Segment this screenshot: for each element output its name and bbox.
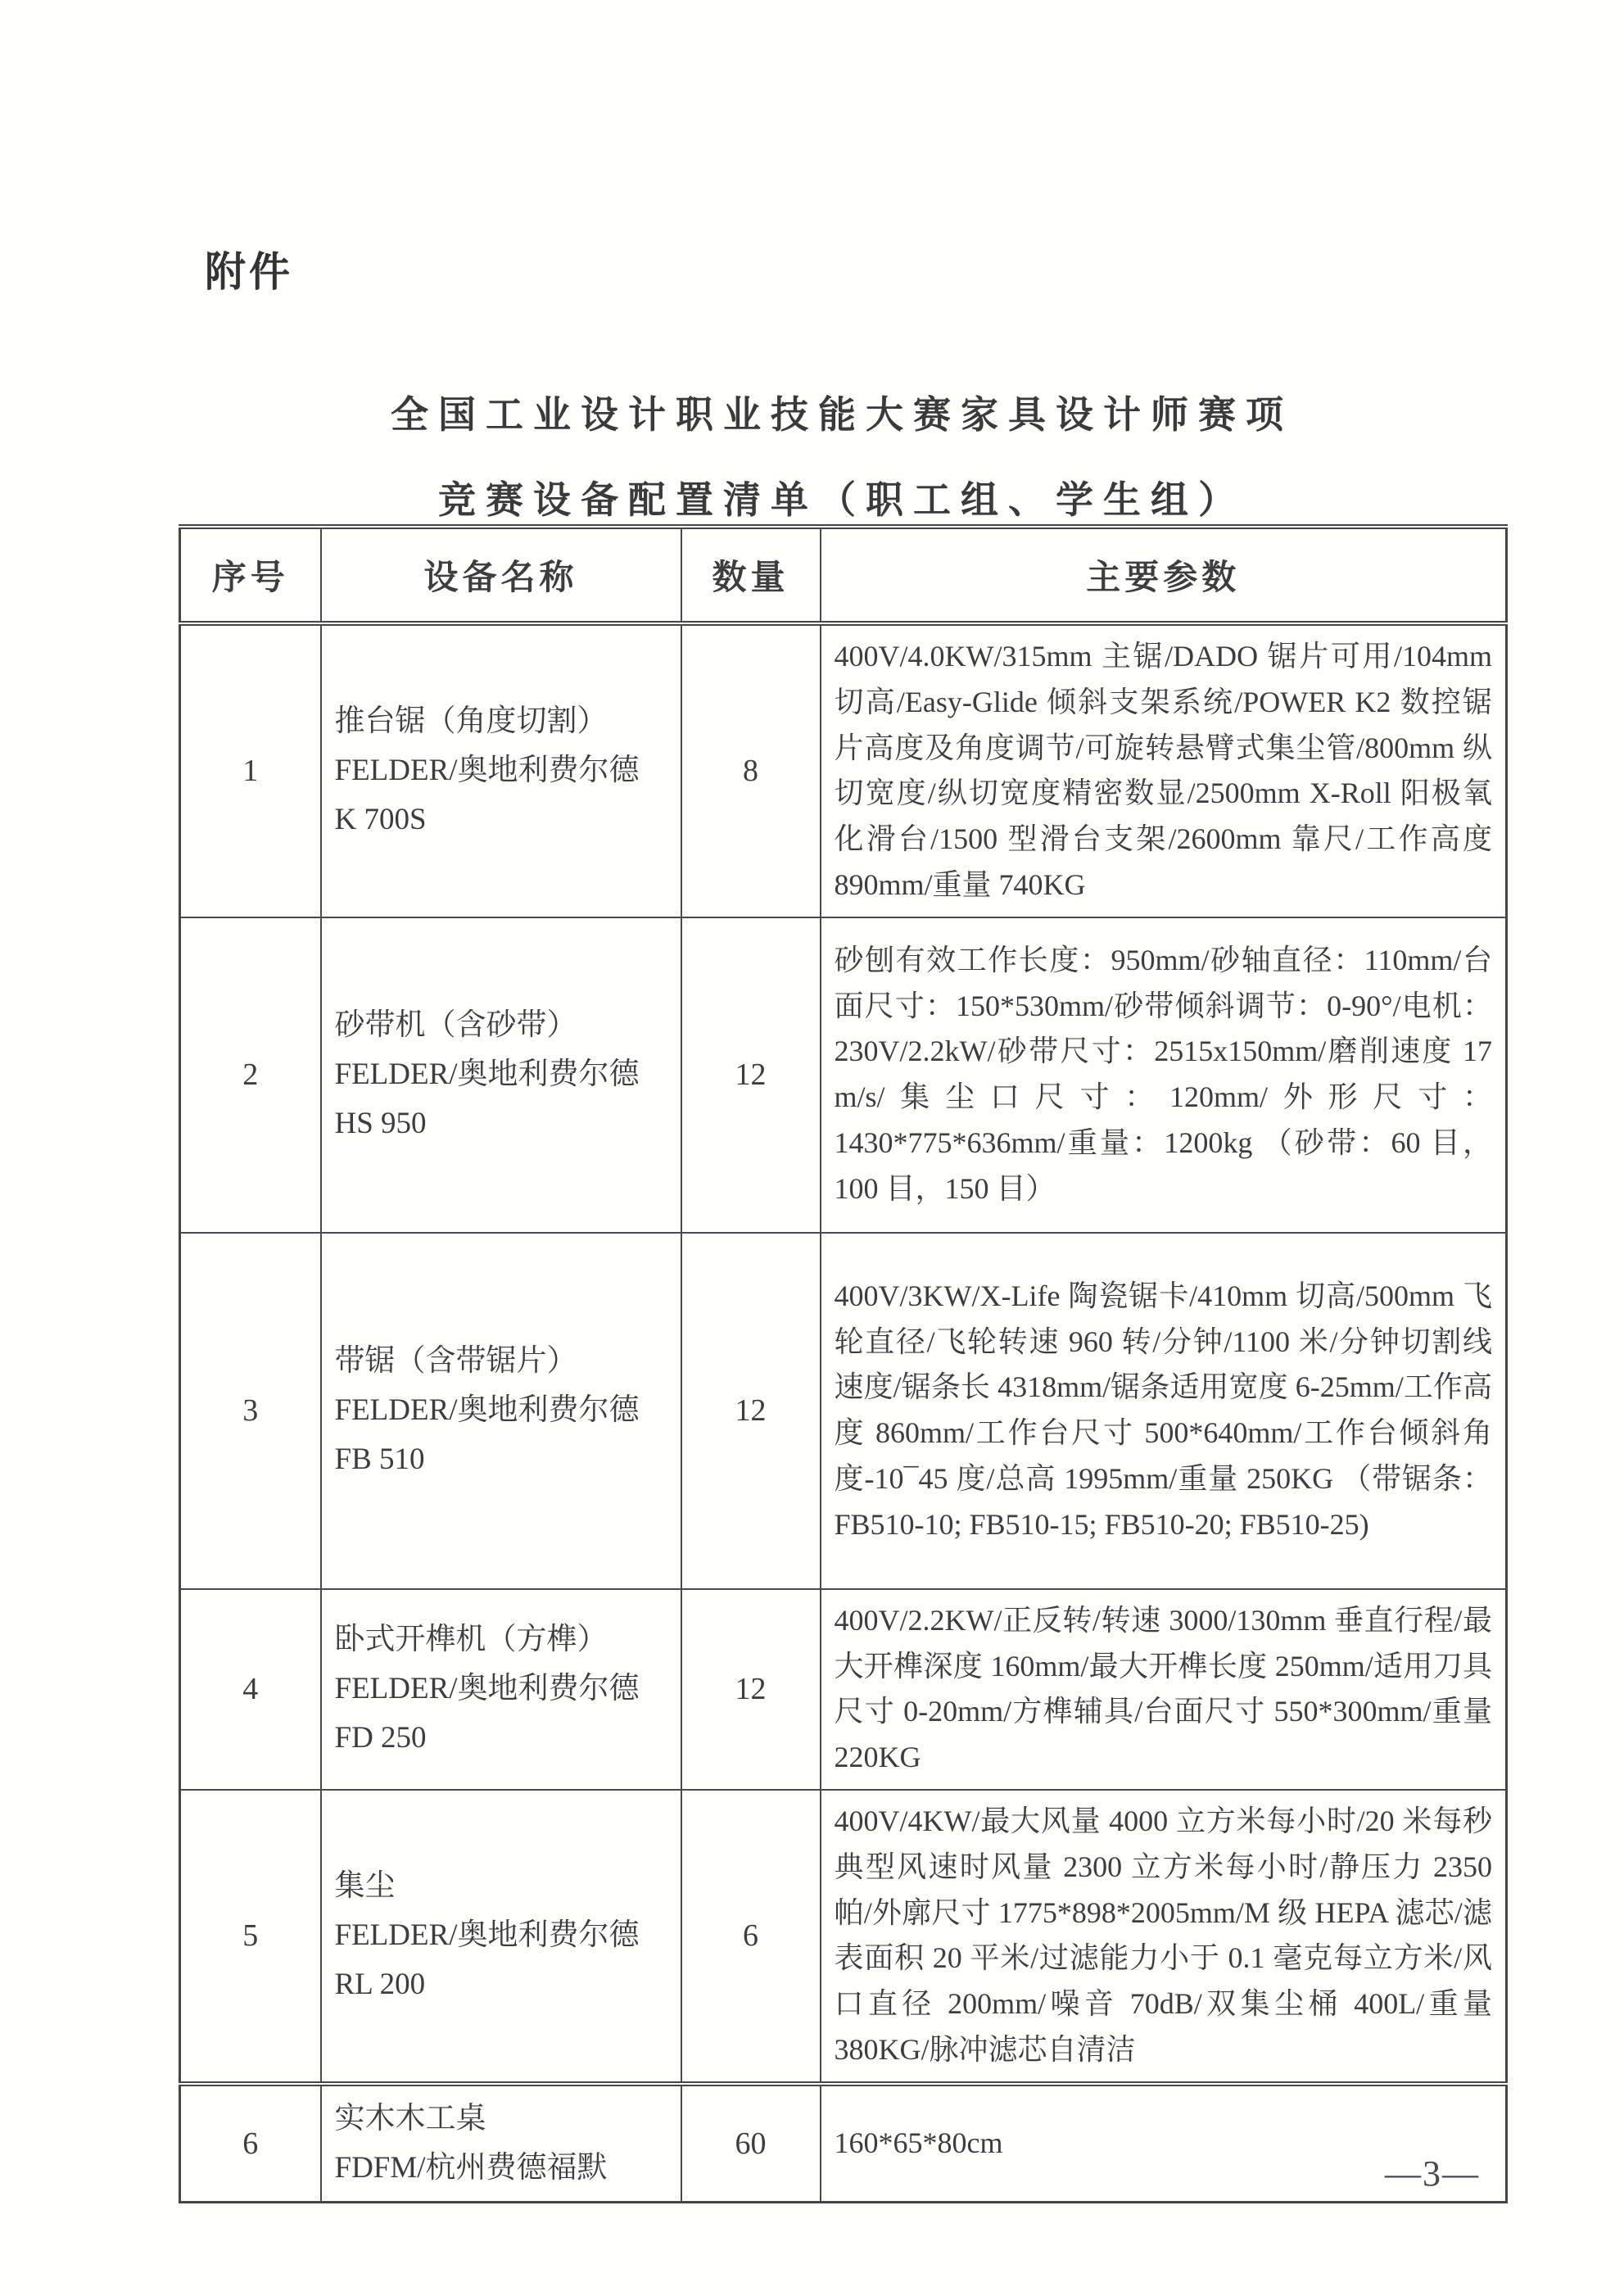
table-row: 6 实木木工桌 FDFM/杭州费德福默 60 160*65*80cm xyxy=(180,2084,1507,2202)
row-serial-number: 5 xyxy=(180,1790,321,2084)
table-row: 5 集尘 FELDER/奥地利费尔德 RL 200 6 400V/4KW/最大风… xyxy=(180,1790,1507,2084)
page-number: —3— xyxy=(1385,2153,1480,2194)
quantity-cell: 60 xyxy=(681,2084,821,2202)
document-page: 附件 全国工业设计职业技能大赛家具设计师赛项 竞赛设备配置清单（职工组、学生组）… xyxy=(0,0,1624,2296)
equipment-name-line: 集尘 xyxy=(335,1862,667,1911)
table-row: 2 砂带机（含砂带） FELDER/奥地利费尔德 HS 950 12 砂刨有效工… xyxy=(180,917,1507,1233)
quantity-cell: 8 xyxy=(681,623,821,917)
row-serial-number: 1 xyxy=(180,623,321,917)
equipment-brand-line: FDFM/杭州费德福默 xyxy=(335,2144,667,2193)
equipment-model-line: RL 200 xyxy=(335,1960,667,2009)
header-equipment-name: 设备名称 xyxy=(321,527,681,623)
equipment-name-line: 砂带机（含砂带） xyxy=(335,1001,667,1050)
document-title: 全国工业设计职业技能大赛家具设计师赛项 xyxy=(179,385,1505,439)
header-serial-number: 序号 xyxy=(180,527,321,623)
quantity-cell: 12 xyxy=(681,1233,821,1589)
row-serial-number: 4 xyxy=(180,1589,321,1790)
equipment-name-cell: 实木木工桌 FDFM/杭州费德福默 xyxy=(321,2084,681,2202)
parameters-cell: 400V/2.2KW/正反转/转速 3000/130mm 垂直行程/最大开榫深度… xyxy=(821,1589,1507,1790)
parameters-cell: 砂刨有效工作长度：950mm/砂轴直径：110mm/台面尺寸：150*530mm… xyxy=(821,917,1507,1233)
parameters-cell: 400V/3KW/X-Life 陶瓷锯卡/410mm 切高/500mm 飞轮直径… xyxy=(821,1233,1507,1589)
equipment-model-line: FB 510 xyxy=(335,1435,667,1484)
equipment-name-line: 实木木工桌 xyxy=(335,2094,667,2144)
equipment-table: 序号 设备名称 数量 主要参数 1 推台锯（角度切割） FELDER/奥地利费尔… xyxy=(179,524,1508,2203)
equipment-brand-line: FELDER/奥地利费尔德 xyxy=(335,1911,667,1960)
row-serial-number: 2 xyxy=(180,917,321,1233)
equipment-brand-line: FELDER/奥地利费尔德 xyxy=(335,1386,667,1435)
table-row: 3 带锯（含带锯片） FELDER/奥地利费尔德 FB 510 12 400V/… xyxy=(180,1233,1507,1589)
table-header-row: 序号 设备名称 数量 主要参数 xyxy=(180,527,1507,623)
attachment-label: 附件 xyxy=(205,239,293,298)
parameters-cell: 400V/4KW/最大风量 4000 立方米每小时/20 米每秒典型风速时风量 … xyxy=(821,1790,1507,2084)
quantity-cell: 6 xyxy=(681,1790,821,2084)
header-main-parameters: 主要参数 xyxy=(821,527,1507,623)
equipment-brand-line: FELDER/奥地利费尔德 xyxy=(335,746,667,795)
equipment-name-cell: 卧式开榫机（方榫） FELDER/奥地利费尔德 FD 250 xyxy=(321,1589,681,1790)
equipment-name-cell: 推台锯（角度切割） FELDER/奥地利费尔德 K 700S xyxy=(321,623,681,917)
parameters-cell: 400V/4.0KW/315mm 主锯/DADO 锯片可用/104mm 切高/E… xyxy=(821,623,1507,917)
equipment-model-line: FD 250 xyxy=(335,1714,667,1763)
equipment-name-cell: 砂带机（含砂带） FELDER/奥地利费尔德 HS 950 xyxy=(321,917,681,1233)
quantity-cell: 12 xyxy=(681,1589,821,1790)
row-serial-number: 6 xyxy=(180,2084,321,2202)
quantity-cell: 12 xyxy=(681,917,821,1233)
table-row: 4 卧式开榫机（方榫） FELDER/奥地利费尔德 FD 250 12 400V… xyxy=(180,1589,1507,1790)
equipment-name-line: 推台锯（角度切割） xyxy=(335,697,667,746)
equipment-brand-line: FELDER/奥地利费尔德 xyxy=(335,1664,667,1714)
equipment-model-line: K 700S xyxy=(335,795,667,845)
equipment-name-cell: 带锯（含带锯片） FELDER/奥地利费尔德 FB 510 xyxy=(321,1233,681,1589)
equipment-name-line: 卧式开榫机（方榫） xyxy=(335,1615,667,1664)
equipment-name-cell: 集尘 FELDER/奥地利费尔德 RL 200 xyxy=(321,1790,681,2084)
equipment-brand-line: FELDER/奥地利费尔德 xyxy=(335,1050,667,1099)
document-subtitle: 竞赛设备配置清单（职工组、学生组） xyxy=(179,470,1505,524)
table-row: 1 推台锯（角度切割） FELDER/奥地利费尔德 K 700S 8 400V/… xyxy=(180,623,1507,917)
header-quantity: 数量 xyxy=(681,527,821,623)
equipment-name-line: 带锯（含带锯片） xyxy=(335,1337,667,1386)
equipment-model-line: HS 950 xyxy=(335,1099,667,1148)
row-serial-number: 3 xyxy=(180,1233,321,1589)
